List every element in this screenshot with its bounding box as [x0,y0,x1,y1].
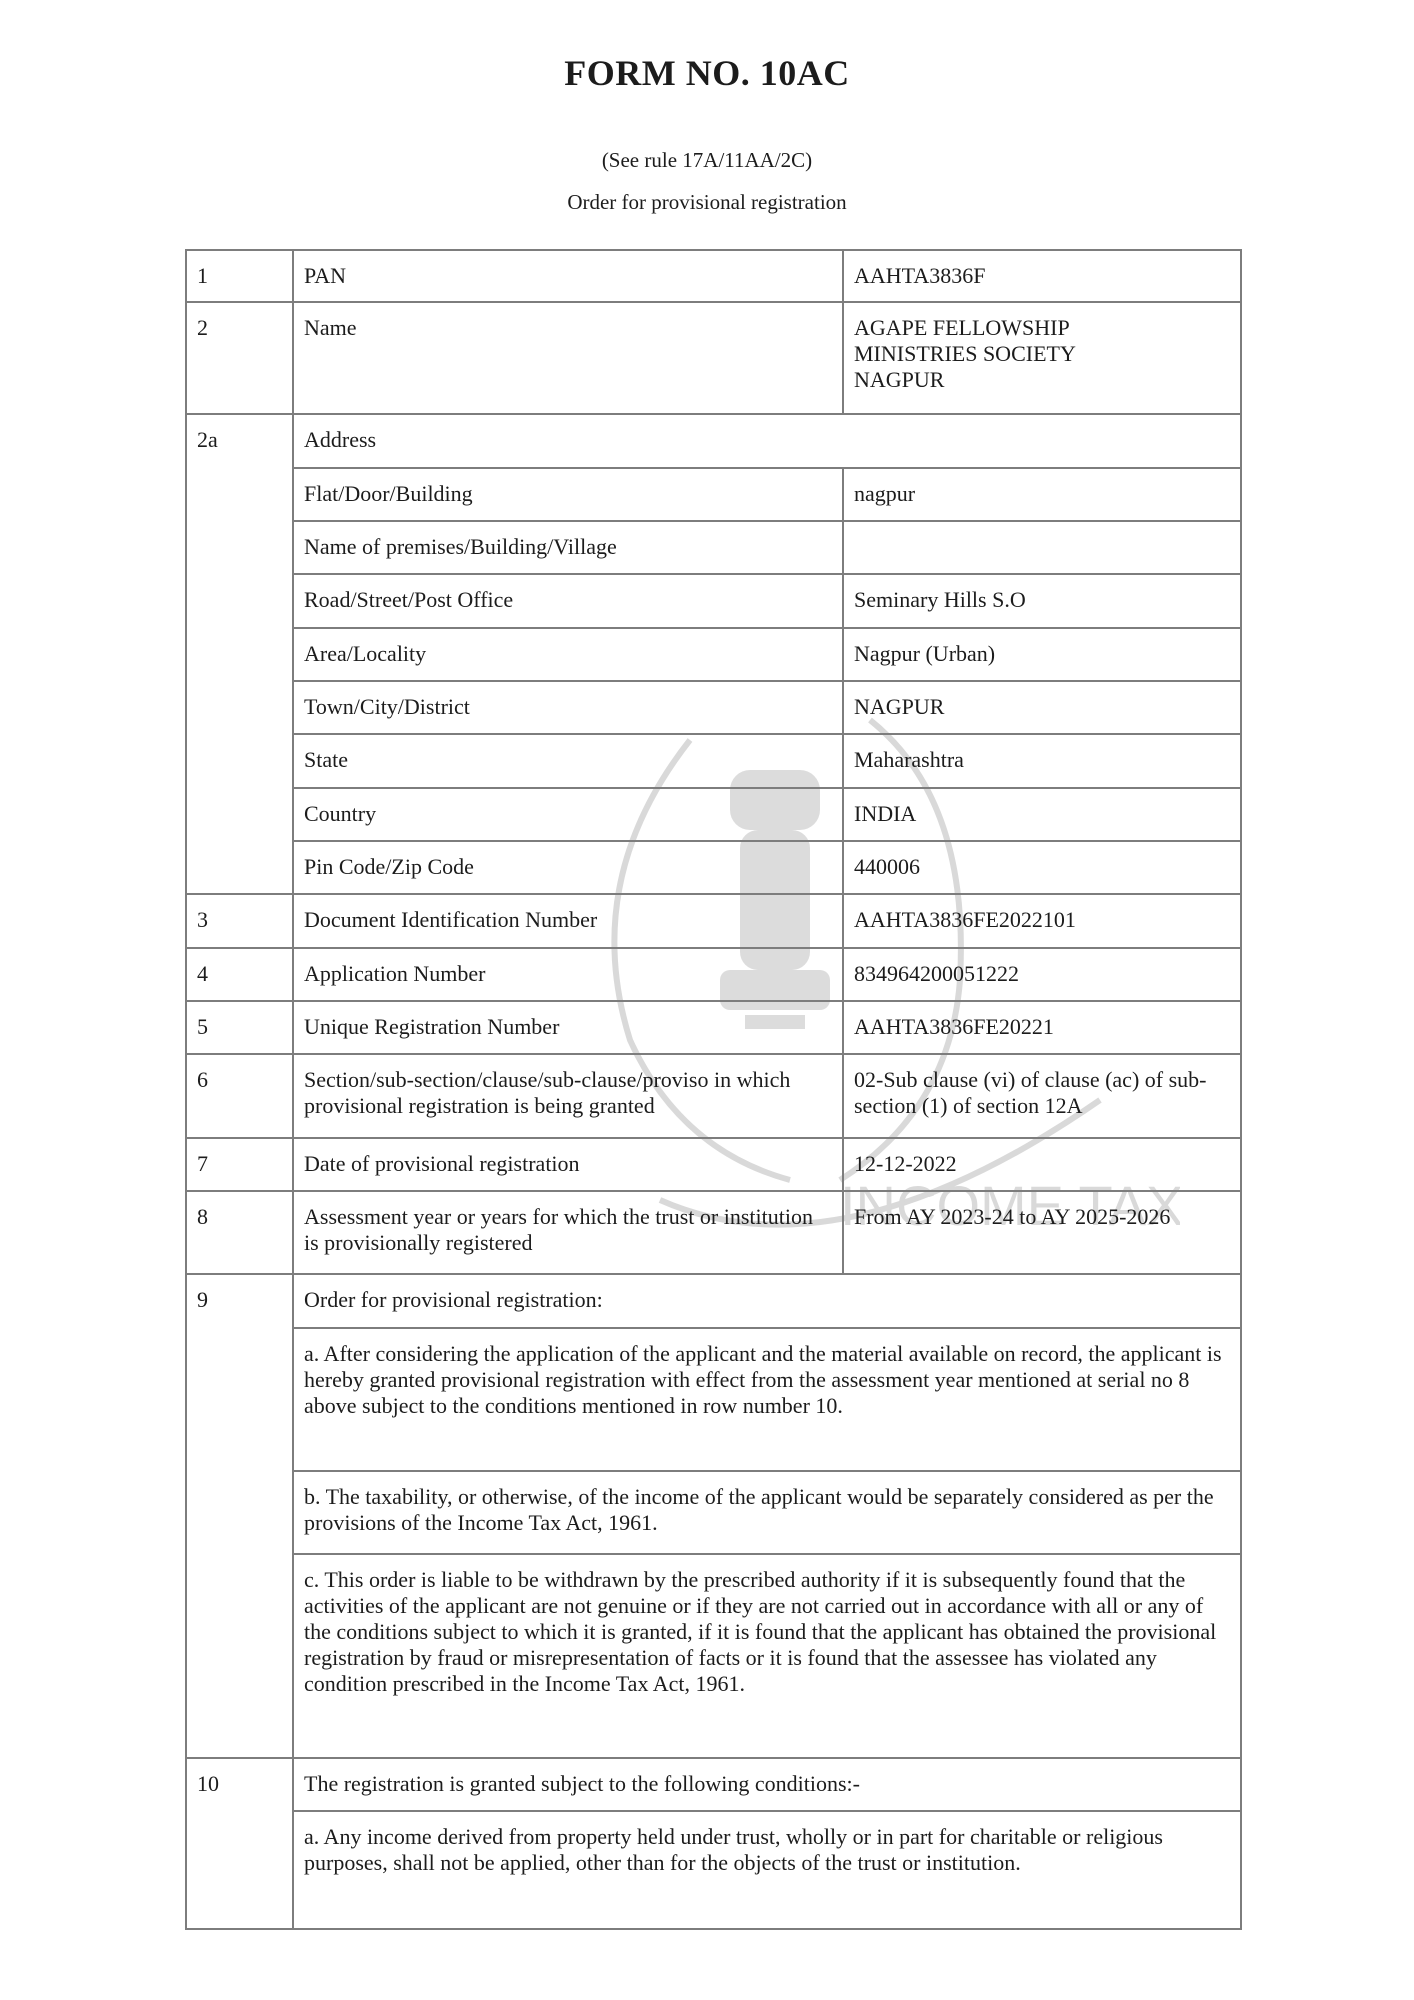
form-subtitle: Order for provisional registration [0,190,1414,215]
section-label: The registration is granted subject to t… [293,1758,1241,1811]
order-clause: a. After considering the application of … [186,1328,1241,1471]
form-title: FORM NO. 10AC [0,52,1414,94]
urn-value: AAHTA3836FE20221 [843,1001,1241,1054]
table-row: 10 The registration is granted subject t… [186,1758,1241,1811]
address-row: Name of premises/Building/Village [186,521,1241,574]
table-row: 3 Document Identification Number AAHTA38… [186,894,1241,948]
assessment-year-value: From AY 2023-24 to AY 2025-2026 [843,1191,1241,1274]
serial-number: 2a [186,414,293,894]
section-label: Order for provisional registration: [293,1274,1241,1328]
table-row: 2 Name AGAPE FELLOWSHIP MINISTRIES SOCIE… [186,302,1241,414]
pan-value: AAHTA3836F [843,250,1241,302]
address-row: Flat/Door/Building nagpur [186,468,1241,521]
table-row: 6 Section/sub-section/clause/sub-clause/… [186,1054,1241,1138]
table-row: 9 Order for provisional registration: [186,1274,1241,1328]
registration-date-value: 12-12-2022 [843,1138,1241,1191]
rule-reference: (See rule 17A/11AA/2C) [0,148,1414,173]
table-row: 2a Address [186,414,1241,468]
section-value: 02-Sub clause (vi) of clause (ac) of sub… [843,1054,1241,1138]
order-clause: b. The taxability, or otherwise, of the … [186,1471,1241,1554]
table-row: 8 Assessment year or years for which the… [186,1191,1241,1274]
address-row: State Maharashtra [186,734,1241,788]
address-row: Country INDIA [186,788,1241,841]
address-row: Area/Locality Nagpur (Urban) [186,628,1241,681]
table-row: 1 PAN AAHTA3836F [186,250,1241,302]
order-clause: c. This order is liable to be withdrawn … [186,1554,1241,1758]
din-value: AAHTA3836FE2022101 [843,894,1241,948]
name-value: AGAPE FELLOWSHIP MINISTRIES SOCIETY NAGP… [843,302,1241,414]
registration-order-table: 1 PAN AAHTA3836F 2 Name AGAPE FELLOWSHIP… [185,249,1242,1930]
address-row: Town/City/District NAGPUR [186,681,1241,734]
table-row: 4 Application Number 834964200051222 [186,948,1241,1001]
address-row: Road/Street/Post Office Seminary Hills S… [186,574,1241,628]
address-row: Pin Code/Zip Code 440006 [186,841,1241,894]
serial-number: 1 [186,250,293,302]
field-label: PAN [293,250,843,302]
table-row: 5 Unique Registration Number AAHTA3836FE… [186,1001,1241,1054]
table-row: 7 Date of provisional registration 12-12… [186,1138,1241,1191]
serial-number: 2 [186,302,293,414]
field-label: Name [293,302,843,414]
condition-clause: a. Any income derived from property held… [186,1811,1241,1929]
application-number-value: 834964200051222 [843,948,1241,1001]
section-label: Address [293,414,1241,468]
